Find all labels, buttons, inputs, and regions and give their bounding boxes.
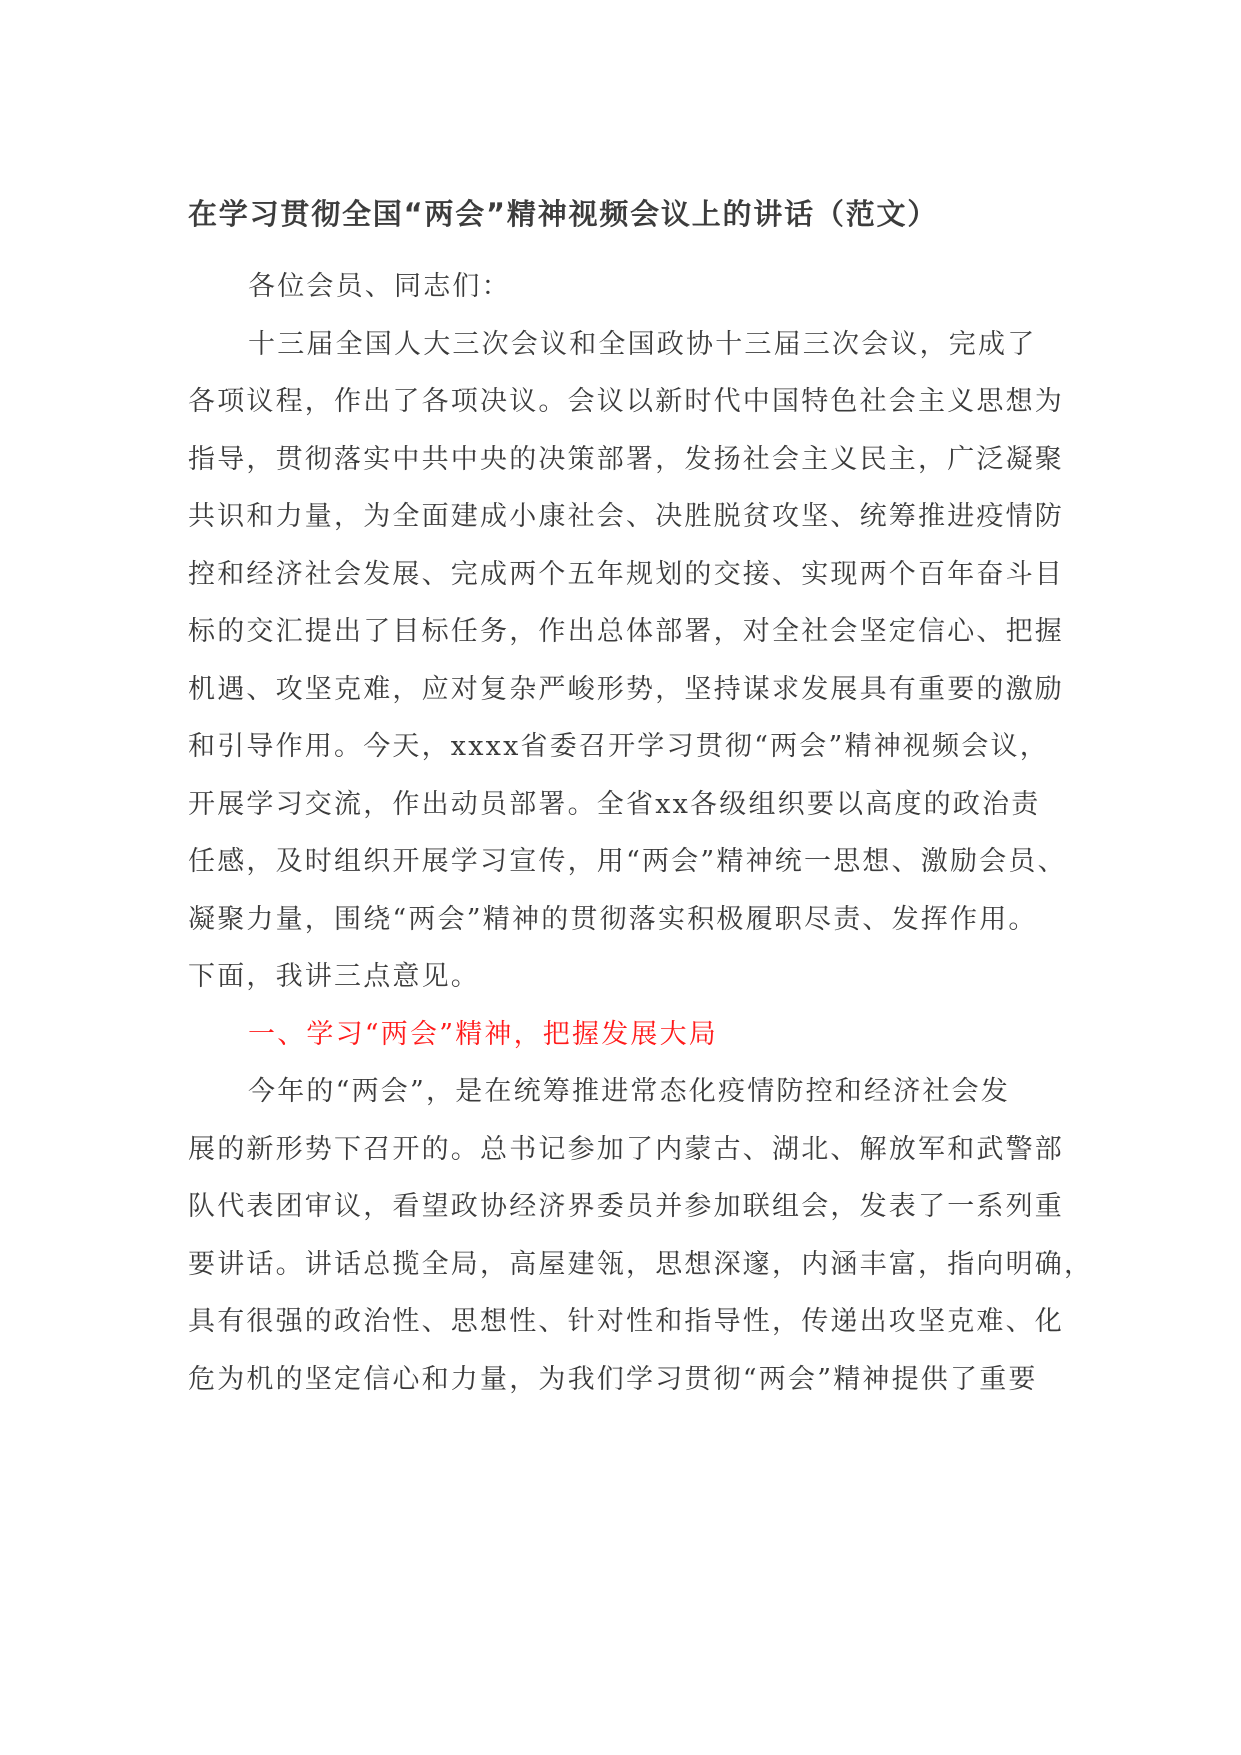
document-title: 在学习贯彻全国“两会”精神视频会议上的讲话（范文） — [188, 196, 1054, 254]
paragraph-line: 机遇、攻坚克难，应对复杂严峻形势，坚持谋求发展具有重要的激励 — [188, 661, 1054, 719]
paragraph-line: 今年的“两会”，是在统筹推进常态化疫情防控和经济社会发 — [188, 1063, 1054, 1121]
intro-paragraph: 十三届全国人大三次会议和全国政协十三届三次会议，完成了 各项议程，作出了各项决议… — [188, 316, 1054, 1006]
paragraph-line: 危为机的坚定信心和力量，为我们学习贯彻“两会”精神提供了重要 — [188, 1351, 1054, 1409]
section-heading: 一、学习“两会”精神，把握发展大局 — [188, 1006, 1054, 1064]
document-body: 在学习贯彻全国“两会”精神视频会议上的讲话（范文） 各位会员、同志们： 十三届全… — [188, 196, 1054, 1408]
paragraph-line: 十三届全国人大三次会议和全国政协十三届三次会议，完成了 — [188, 316, 1054, 374]
paragraph-line: 任感，及时组织开展学习宣传，用“两会”精神统一思想、激励会员、 — [188, 833, 1054, 891]
paragraph-line: 要讲话。讲话总揽全局，高屋建瓴，思想深邃，内涵丰富，指向明确， — [188, 1236, 1054, 1294]
paragraph-line: 标的交汇提出了目标任务，作出总体部署，对全社会坚定信心、把握 — [188, 603, 1054, 661]
paragraph-line: 开展学习交流，作出动员部署。全省xx各级组织要以高度的政治责 — [188, 776, 1054, 834]
section-paragraph: 今年的“两会”，是在统筹推进常态化疫情防控和经济社会发 展的新形势下召开的。总书… — [188, 1063, 1054, 1408]
paragraph-line: 下面，我讲三点意见。 — [188, 948, 1054, 1006]
paragraph-line: 和引导作用。今天，xxxx省委召开学习贯彻“两会”精神视频会议， — [188, 718, 1054, 776]
paragraph-line: 凝聚力量，围绕“两会”精神的贯彻落实积极履职尽责、发挥作用。 — [188, 891, 1054, 949]
paragraph-line: 共识和力量，为全面建成小康社会、决胜脱贫攻坚、统筹推进疫情防 — [188, 488, 1054, 546]
paragraph-line: 指导，贯彻落实中共中央的决策部署，发扬社会主义民主，广泛凝聚 — [188, 431, 1054, 489]
paragraph-line: 各项议程，作出了各项决议。会议以新时代中国特色社会主义思想为 — [188, 373, 1054, 431]
paragraph-line: 控和经济社会发展、完成两个五年规划的交接、实现两个百年奋斗目 — [188, 546, 1054, 604]
paragraph-line: 具有很强的政治性、思想性、针对性和指导性，传递出攻坚克难、化 — [188, 1293, 1054, 1351]
salutation: 各位会员、同志们： — [188, 258, 1054, 316]
document-page: 在学习贯彻全国“两会”精神视频会议上的讲话（范文） 各位会员、同志们： 十三届全… — [0, 0, 1241, 1755]
paragraph-line: 队代表团审议，看望政协经济界委员并参加联组会，发表了一系列重 — [188, 1178, 1054, 1236]
paragraph-line: 展的新形势下召开的。总书记参加了内蒙古、湖北、解放军和武警部 — [188, 1121, 1054, 1179]
